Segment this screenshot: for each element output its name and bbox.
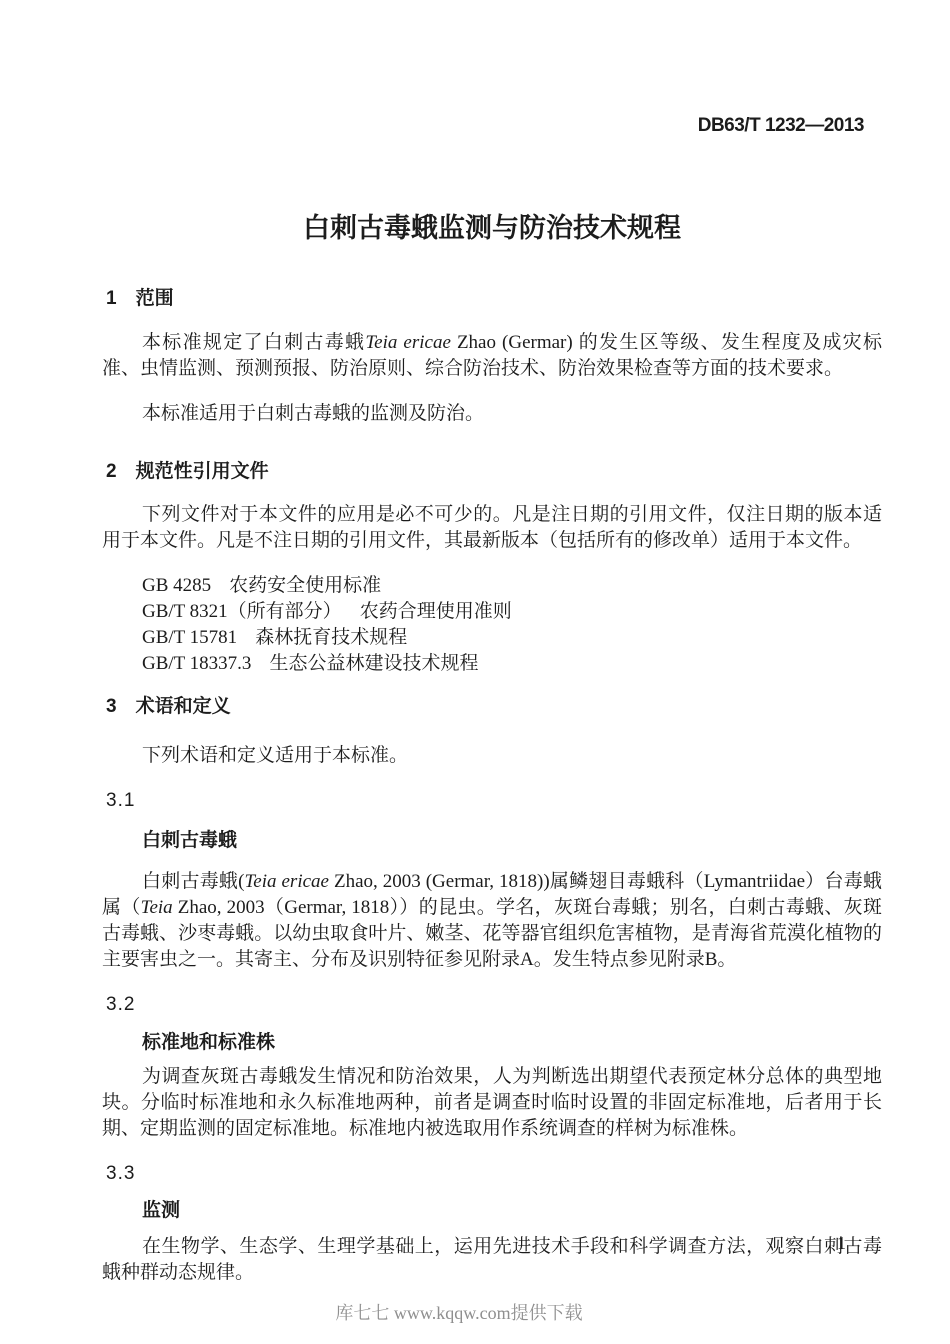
section-3-number: 3 bbox=[106, 694, 117, 720]
section-1-number: 1 bbox=[106, 286, 117, 312]
reference-code: GB/T 8321（所有部分） bbox=[142, 599, 342, 625]
reference-item: GB/T 8321（所有部分）农药合理使用准则 bbox=[142, 599, 882, 625]
reference-title: 生态公益林建设技术规程 bbox=[269, 653, 478, 674]
document-page: DB63/T 1232—2013 白刺古毒蛾监测与防治技术规程 1范围 本标准规… bbox=[0, 0, 950, 1344]
text-run: Zhao, 2003（Germar, 1818））的昆虫。学名，灰斑台毒蛾；别名… bbox=[102, 897, 882, 970]
reference-title: 森林抚育技术规程 bbox=[255, 627, 407, 648]
clause-3-2-number: 3.2 bbox=[106, 992, 882, 1018]
term-3-2-definition: 为调查灰斑古毒蛾发生情况和防治效果，人为判断选出期望代表预定林分总体的典型地块。… bbox=[102, 1064, 882, 1142]
document-content: DB63/T 1232—2013 白刺古毒蛾监测与防治技术规程 1范围 本标准规… bbox=[0, 114, 950, 1286]
reference-title: 农药合理使用准则 bbox=[360, 601, 512, 622]
text-run: 本标准规定了白刺古毒蛾 bbox=[142, 332, 365, 353]
standard-code: DB63/T 1232—2013 bbox=[102, 114, 882, 138]
section-3-intro: 下列术语和定义适用于本标准。 bbox=[102, 743, 882, 769]
reference-item: GB/T 15781森林抚育技术规程 bbox=[142, 625, 882, 651]
reference-title: 农药安全使用标准 bbox=[229, 575, 381, 596]
term-3-3-definition: 在生物学、生态学、生理学基础上，运用先进技术手段和科学调查方法，观察白刺古毒蛾种… bbox=[102, 1234, 882, 1286]
reference-code: GB/T 15781 bbox=[142, 625, 237, 651]
page-number: 1 bbox=[837, 1232, 846, 1254]
genus-name-italic: Teia bbox=[141, 897, 173, 918]
reference-item: GB/T 18337.3生态公益林建设技术规程 bbox=[142, 651, 882, 677]
species-name-italic: Teia ericae bbox=[244, 871, 329, 892]
reference-item: GB 4285农药安全使用标准 bbox=[142, 573, 882, 599]
section-2-number: 2 bbox=[106, 459, 117, 485]
clause-3-3-number: 3.3 bbox=[106, 1161, 882, 1187]
section-3-heading: 3术语和定义 bbox=[106, 694, 882, 720]
normative-reference-list: GB 4285农药安全使用标准 GB/T 8321（所有部分）农药合理使用准则 … bbox=[102, 573, 882, 677]
section-1-heading: 1范围 bbox=[106, 286, 882, 312]
section-2-heading: 2规范性引用文件 bbox=[106, 459, 882, 485]
reference-code: GB/T 18337.3 bbox=[142, 651, 251, 677]
section-3-title: 术语和定义 bbox=[136, 696, 231, 717]
term-3-1-name: 白刺古毒蛾 bbox=[142, 828, 882, 854]
watermark-download-notice: 库七七 www.kqqw.com提供下载 bbox=[0, 1301, 934, 1325]
reference-code: GB 4285 bbox=[142, 573, 211, 599]
clause-3-1-number: 3.1 bbox=[106, 788, 882, 814]
species-name-italic: Teia ericae bbox=[365, 332, 451, 353]
section-1-paragraph-2: 本标准适用于白刺古毒蛾的监测及防治。 bbox=[102, 401, 882, 427]
term-3-3-name: 监测 bbox=[142, 1198, 882, 1224]
section-1-paragraph-1: 本标准规定了白刺古毒蛾Teia ericae Zhao (Germar) 的发生… bbox=[102, 330, 882, 382]
text-run: 白刺古毒蛾( bbox=[142, 871, 244, 892]
section-2-title: 规范性引用文件 bbox=[136, 461, 269, 482]
section-1-title: 范围 bbox=[136, 288, 174, 309]
term-3-1-definition: 白刺古毒蛾(Teia ericae Zhao, 2003 (Germar, 18… bbox=[102, 869, 882, 973]
section-2-intro: 下列文件对于本文件的应用是必不可少的。凡是注日期的引用文件，仅注日期的版本适用于… bbox=[102, 502, 882, 554]
document-title: 白刺古毒蛾监测与防治技术规程 bbox=[102, 210, 882, 246]
term-3-2-name: 标准地和标准株 bbox=[142, 1030, 882, 1056]
